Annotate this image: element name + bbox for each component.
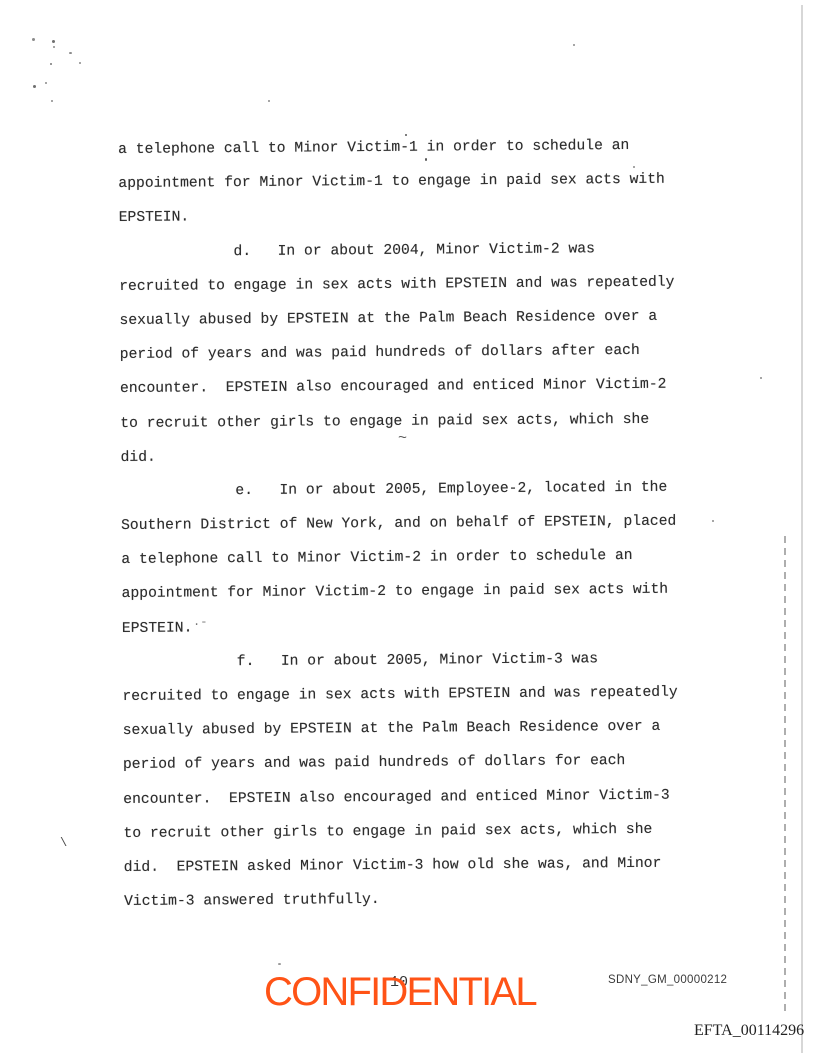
bates-number-sdny: SDNY_GM_00000212 [608,974,727,986]
text-line: recruited to engage in sex acts with EPS… [122,676,678,715]
scan-speckle [425,158,427,161]
scan-speckle [633,166,635,168]
text-line: to recruit other girls to engage in paid… [123,812,679,851]
scan-speckle [573,44,575,46]
scan-speckle [69,52,72,54]
scan-vertical-dashed-line [784,536,786,1016]
text-line: e. In or about 2005, Employee-2, located… [121,471,677,510]
text-line: sexually abused by EPSTEIN at the Palm B… [123,710,679,749]
text-line: a telephone call to Minor Victim-2 in or… [121,539,677,578]
text-line: a telephone call to Minor Victim-1 in or… [118,129,674,168]
confidential-stamp: CONFIDENTIAL [264,970,536,1015]
scan-speckle [79,62,81,64]
text-line: EPSTEIN. [119,197,675,236]
scan-dash-dot-mark: .- [193,615,207,629]
scan-page-edge-line [801,5,803,1053]
text-line: did. EPSTEIN asked Minor Victim-3 how ol… [124,847,680,886]
scan-speckle [405,134,407,136]
scan-backslash-mark: \ [60,836,67,850]
text-line: Southern District of New York, and on be… [121,505,677,544]
scan-speckle [45,82,47,84]
text-line: appointment for Minor Victim-2 to engage… [121,573,677,612]
scan-speckle [32,38,35,41]
text-line: encounter. EPSTEIN also encouraged and e… [120,368,676,407]
text-line: Victim-3 answered truthfully. [124,881,680,920]
text-line: encounter. EPSTEIN also encouraged and e… [123,778,679,817]
scan-speckle [50,63,52,65]
text-line: sexually abused by EPSTEIN at the Palm B… [119,300,675,339]
scan-speckle [33,85,36,88]
scan-speckle [53,46,55,48]
scan-speckle [278,963,281,965]
document-body-text: a telephone call to Minor Victim-1 in or… [118,129,679,920]
scan-speckle [760,377,762,379]
text-line: appointment for Minor Victim-1 to engage… [118,163,674,202]
scan-speckle [712,520,714,522]
bates-number-efta: EFTA_00114296 [694,1022,804,1040]
text-line: period of years and was paid hundreds of… [120,334,676,373]
text-line: period of years and was paid hundreds of… [123,744,679,783]
text-line: d. In or about 2004, Minor Victim-2 was [119,231,675,270]
scan-speckle [268,100,270,102]
scan-speckle [52,40,55,43]
scan-tilde-mark: ~ [398,430,407,447]
text-line: f. In or about 2005, Minor Victim-3 was [122,641,678,680]
scan-speckle [51,100,53,102]
text-line: recruited to engage in sex acts with EPS… [119,265,675,304]
